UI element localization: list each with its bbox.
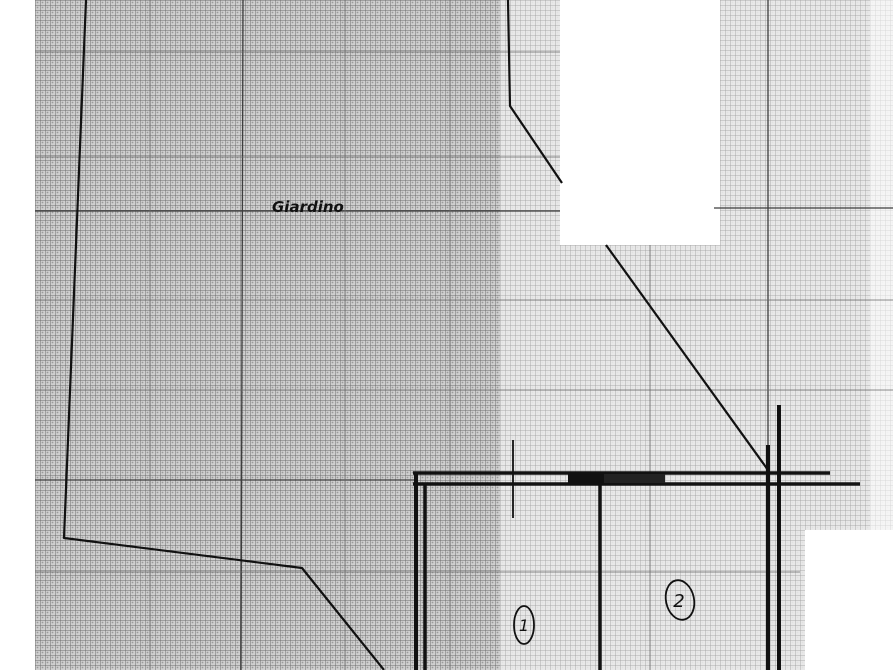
area-label-giardino: Giardino: [272, 198, 344, 216]
room-number-2: 2: [673, 591, 684, 612]
margin-cutout-left: [0, 125, 35, 645]
blank-area: [562, 0, 714, 245]
margin-cutout-bottom-right: [805, 530, 893, 670]
room-number-1: 1: [519, 616, 529, 635]
floor-plan: Giardino 1 2: [0, 0, 893, 670]
